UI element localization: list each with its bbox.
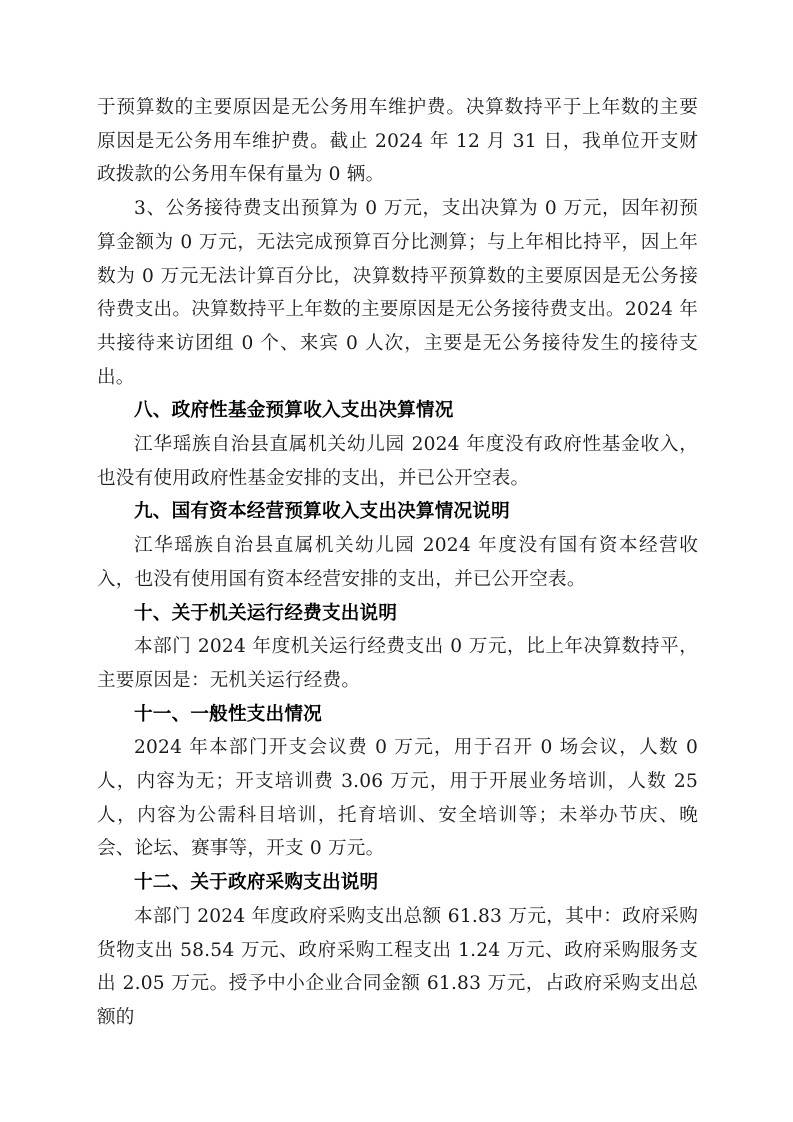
heading-government-procurement: 十二、关于政府采购支出说明 xyxy=(97,866,698,900)
paragraph-state-capital-budget: 江华瑶族自治县直属机关幼儿园 2024 年度没有国有资本经营收入，也没有使用国有… xyxy=(97,529,698,596)
paragraph-government-fund-budget: 江华瑶族自治县直属机关幼儿园 2024 年度没有政府性基金收入，也没有使用政府性… xyxy=(97,428,698,495)
paragraph-agency-operating-expenses: 本部门 2024 年度机关运行经费支出 0 万元，比上年决算数持平，主要原因是：… xyxy=(97,630,698,697)
paragraph-reception-expenses: 3、公务接待费支出预算为 0 万元，支出决算为 0 万元，因年初预算金额为 0 … xyxy=(97,192,698,394)
heading-agency-operating-expenses: 十、关于机关运行经费支出说明 xyxy=(97,597,698,631)
heading-general-expenditure: 十一、一般性支出情况 xyxy=(97,698,698,732)
document-page: 于预算数的主要原因是无公务用车维护费。决算数持平于上年数的主要原因是无公务用车维… xyxy=(97,91,698,1035)
paragraph-general-expenditure: 2024 年本部门开支会议费 0 万元，用于召开 0 场会议，人数 0 人，内容… xyxy=(97,731,698,866)
paragraph-vehicle-maintenance-continued: 于预算数的主要原因是无公务用车维护费。决算数持平于上年数的主要原因是无公务用车维… xyxy=(97,91,698,192)
paragraph-government-procurement: 本部门 2024 年度政府采购支出总额 61.83 万元，其中：政府采购货物支出… xyxy=(97,900,698,1035)
heading-government-fund-budget: 八、政府性基金预算收入支出决算情况 xyxy=(97,394,698,428)
heading-state-capital-budget: 九、国有资本经营预算收入支出决算情况说明 xyxy=(97,495,698,529)
